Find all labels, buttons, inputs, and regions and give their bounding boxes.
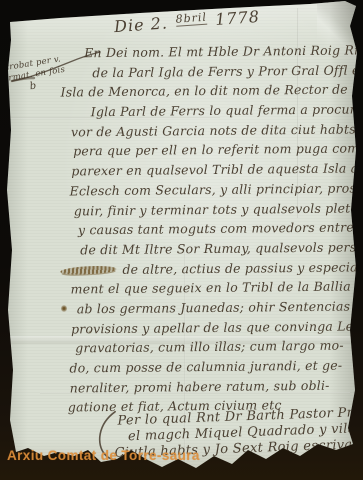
manuscript-line: neraliter, promi habere ratum, sub obli- [70, 375, 360, 398]
manuscript-line: do, cum posse de calumnia jurandi, et ge… [69, 355, 359, 378]
manuscript-line: Igla Parl de Ferrs lo qual ferma a procu… [91, 99, 357, 121]
date-month: 8bril [175, 11, 207, 27]
manuscript-line: Eclesch com Seculars, y alli principiar,… [69, 178, 357, 201]
date-year: 1778 [215, 7, 261, 29]
crossed-out-word [60, 265, 116, 277]
photo-background: Die 2. 8bril 1778 atrobat per v. firmat.… [0, 0, 363, 480]
date-day: Die 2. [114, 13, 169, 36]
manuscript-line: de la Parl Igla de Ferrs y Pror Gral Off… [92, 60, 356, 82]
manuscript-line: de dit Mt Iltre Sor Rumay, qualsevols pe… [80, 237, 358, 260]
archive-watermark: Arxiu Comtat de Torre-saura [7, 448, 200, 463]
date-heading: Die 2. 8bril 1778 [114, 7, 261, 36]
manuscript-line-text: de altre, actius de passius y especial- [122, 259, 363, 277]
manuscript-line: ab los germans Juanedas; ohir Sentencias… [77, 296, 359, 319]
manuscript-line: y causas tant moguts com movedors entre [78, 218, 358, 241]
manuscript-line: En Dei nom. El mt Hble Dr Antoni Roig Rr [84, 40, 356, 63]
manuscript-body: En Dei nom. El mt Hble Dr Antoni Roig Rr… [56, 40, 360, 417]
document-paper: Die 2. 8bril 1778 atrobat per v. firmat.… [0, 0, 363, 480]
manuscript-line: parexer en qualsevol Tribl de aquesta Is… [71, 159, 357, 182]
